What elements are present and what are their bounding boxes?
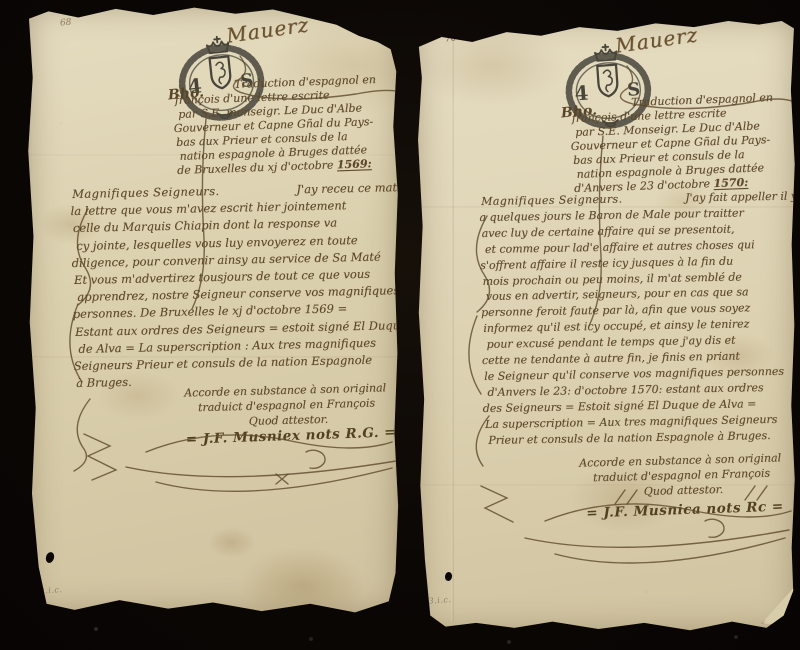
year-underlined: 1570: <box>713 176 748 190</box>
notarial-attestation: Accorde en substance à son originaltradu… <box>166 380 407 431</box>
heading-lines: Traduction d'espagnol enfrançois d'une l… <box>571 90 800 182</box>
vertical-fold <box>451 28 454 621</box>
closing-lines: Accorde en substance à son originaltradu… <box>166 380 407 431</box>
pencil-annotation: 13.i.c. <box>423 595 452 606</box>
folded-corner <box>761 580 795 624</box>
body-opening: J'ay fait appeller il y <box>685 188 797 206</box>
notary-signature: = J.F. Musnica nots Rc = <box>575 498 795 522</box>
body-opening: J'ay receu ce matin <box>296 179 408 199</box>
translation-heading: Traduction d'espagnol enfrançois d'une l… <box>174 71 427 178</box>
notarial-attestation: Accorde en substance à son originaltradu… <box>565 450 798 501</box>
year-underlined: 1569: <box>337 157 372 171</box>
closing-lines: Accorde en substance à son originaltradu… <box>565 450 798 501</box>
heading-lines: Traduction d'espagnol enfrançois d'une l… <box>174 71 427 164</box>
paper-hole <box>44 551 55 564</box>
letter-body: Magnifiques Seigneurs. J'ay fait appelle… <box>481 188 800 448</box>
archivist-inscription: Mauerz <box>614 22 700 57</box>
folio-number: 70 <box>445 33 457 44</box>
letter-body: Magnifiques Seigneurs. J'ay receu ce mat… <box>72 179 412 392</box>
pencil-annotation: 12.i.c. <box>34 585 63 596</box>
translation-heading: Traduction d'espagnol enfrançois d'une l… <box>571 90 800 196</box>
folio-number: 68 <box>60 17 72 28</box>
manuscript-left: 68 4 S Mauerz Bho. T <box>26 4 400 616</box>
archivist-inscription: Mauerz <box>225 12 311 47</box>
dust-specks <box>0 0 2 2</box>
lion-shield-icon <box>597 65 618 97</box>
body-lines: la lettre que vous m'avez escrit hier jo… <box>72 196 412 392</box>
body-lines: a quelques jours le Baron de Male pour t… <box>481 204 800 448</box>
photo-background: 68 4 S Mauerz Bho. T <box>0 0 800 650</box>
manuscript-right: 70 4 S Mauerz Bho. T <box>415 16 797 634</box>
